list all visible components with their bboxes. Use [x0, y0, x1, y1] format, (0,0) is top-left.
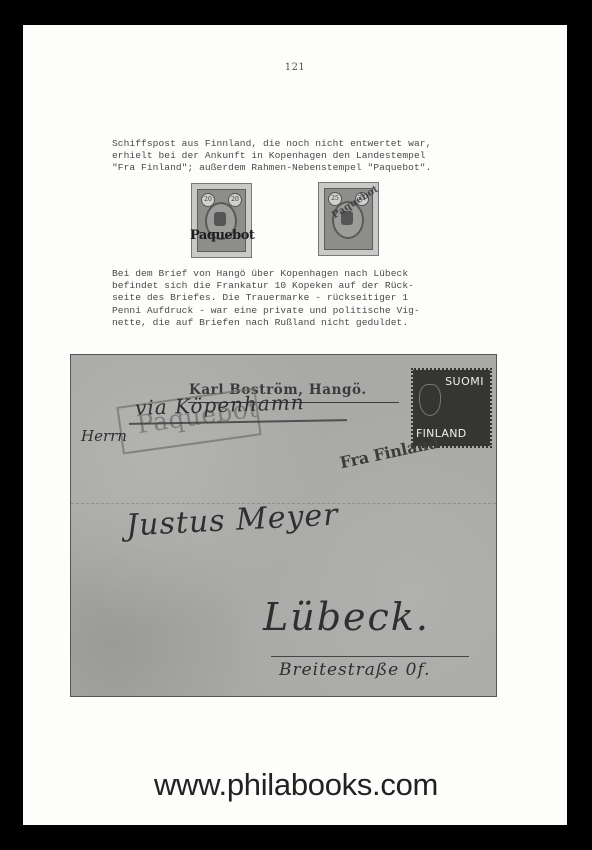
page-number: 121 [23, 62, 567, 73]
stamp-image-1: 20 20 Paquebot [191, 183, 252, 258]
caption-paragraph-1: Schiffspost aus Finnland, die noch nicht… [112, 138, 431, 175]
city-underline [271, 656, 469, 657]
caption-line: befindet sich die Frankatur 10 Kopeken a… [112, 280, 420, 292]
caption-line: Bei dem Brief von Hangö über Kopenhagen … [112, 268, 420, 280]
paquebot-overprint: Paquebot [190, 228, 254, 243]
caption-paragraph-2: Bei dem Brief von Hangö über Kopenhagen … [112, 268, 420, 329]
envelope-photo: Karl Boström, Hangö. SUOMI FINLAND Paque… [70, 354, 497, 697]
caption-line: "Fra Finland"; außerdem Rahmen-Nebenstem… [112, 162, 431, 174]
fra-finland-cancel: Fra Finland [338, 433, 440, 472]
addressee-city: Lübeck. [263, 595, 430, 639]
routing-note: via Köpenhamn [135, 390, 305, 420]
caption-line: Penni Aufdruck - war eine private und po… [112, 305, 420, 317]
caption-line: Schiffspost aus Finnland, die noch nicht… [112, 138, 431, 150]
salutation: Herrn [81, 427, 127, 445]
book-page: 121 Schiffspost aus Finnland, die noch n… [23, 25, 567, 825]
watermark-url: www.philabooks.com [0, 770, 592, 800]
caption-line: seite des Briefes. Die Trauermarke - rüc… [112, 292, 420, 304]
caption-line: erhielt bei der Ankunft in Kopenhagen de… [112, 150, 431, 162]
coat-of-arms-icon [419, 384, 441, 416]
caption-line: nette, die auf Briefen nach Rußland nich… [112, 317, 420, 329]
stamp-image-2: 25 25 Paquebot [318, 182, 379, 256]
lion-crest-icon [214, 212, 226, 226]
addressee-street: Breitestraße 0f. [279, 660, 431, 680]
stamp-country-top: SUOMI [445, 375, 484, 388]
